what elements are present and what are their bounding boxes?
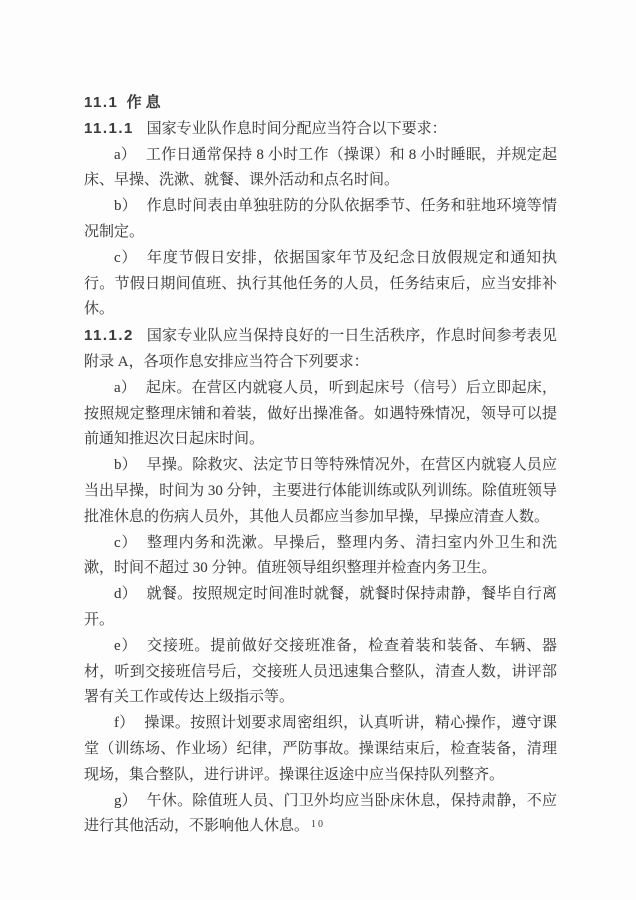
list-item-g: g）午休。除值班人员、门卫外均应当卧床休息，保持肃静，不应进行其他活动，不影响他… [84,789,557,841]
list-item-d: d）就餐。按照规定时间准时就餐，就餐时保持肃静，餐毕自行离开。 [84,582,557,634]
item-label: e） [114,638,137,654]
document-page: 11.1作息 11.1.1国家专业队作息时间分配应当符合以下要求： a）工作日通… [0,0,636,900]
clause-11-1-1: 11.1.1国家专业队作息时间分配应当符合以下要求： [84,116,557,143]
list-item-b2: b）早操。除救灾、法定节日等特殊情况外，在营区内就寝人员应当出早操，时间为 30… [84,453,557,530]
clause-text: 国家专业队作息时间分配应当符合以下要求： [147,121,447,137]
item-text: 交接班。提前做好交接班准备，检查着装和装备、车辆、器材，听到交接班信号后，交接班… [84,638,557,706]
clause-heading-11-1: 11.1作息 [84,90,557,116]
text-block: 11.1作息 11.1.1国家专业队作息时间分配应当符合以下要求： a）工作日通… [84,90,557,840]
item-label: a） [114,380,136,396]
clause-11-1-2: 11.1.2国家专业队应当保持良好的一日生活秩序，作息时间参考表见附录 A，各项… [84,323,557,376]
item-label: b） [114,457,137,473]
list-item-c: c）年度节假日安排，依据国家年节及纪念日放假规定和通知执行。节假日期间值班、执行… [84,246,557,323]
item-label: g） [114,793,137,809]
item-text: 作息时间表由单独驻防的分队依据季节、任务和驻地环境等情况制定。 [84,198,557,240]
item-text: 操课。按照计划要求周密组织，认真听讲，精心操作，遵守课堂（训练场、作业场）纪律，… [84,715,557,783]
item-label: a） [114,147,136,163]
list-item-e: e）交接班。提前做好交接班准备，检查着装和装备、车辆、器材，听到交接班信号后，交… [84,634,557,711]
clause-number: 11.1.1 [84,120,134,137]
list-item-a: a）工作日通常保持 8 小时工作（操课）和 8 小时睡眠，并规定起床、早操、洗漱… [84,143,557,195]
item-text: 整理内务和洗漱。早操后，整理内务、清扫室内外卫生和洗漱，时间不超过 30 分钟。… [84,535,557,577]
item-label: c） [114,535,137,551]
item-text: 就餐。按照规定时间准时就餐，就餐时保持肃静，餐毕自行离开。 [84,586,557,628]
item-label: f） [114,715,135,731]
clause-number: 11.1.2 [84,327,134,344]
clause-text: 国家专业队应当保持良好的一日生活秩序，作息时间参考表见附录 A，各项作息安排应当… [84,328,557,370]
item-text: 早操。除救灾、法定节日等特殊情况外，在营区内就寝人员应当出早操，时间为 30 分… [84,457,557,525]
clause-number: 11.1 [84,94,118,111]
list-item-b: b）作息时间表由单独驻防的分队依据季节、任务和驻地环境等情况制定。 [84,194,557,246]
list-item-f: f）操课。按照计划要求周密组织，认真听讲，精心操作，遵守课堂（训练场、作业场）纪… [84,711,557,788]
item-label: d） [114,586,137,602]
clause-title: 作息 [127,94,165,111]
list-item-a2: a）起床。在营区内就寝人员，听到起床号（信号）后立即起床，按照规定整理床铺和着装… [84,376,557,453]
item-text: 年度节假日安排，依据国家年节及纪念日放假规定和通知执行。节假日期间值班、执行其他… [84,250,557,318]
list-item-c2: c）整理内务和洗漱。早操后，整理内务、清扫室内外卫生和洗漱，时间不超过 30 分… [84,531,557,583]
item-label: c） [114,250,137,266]
item-label: b） [114,198,137,214]
page-number: 10 [0,819,636,830]
item-text: 工作日通常保持 8 小时工作（操课）和 8 小时睡眠，并规定起床、早操、洗漱、就… [84,147,557,189]
item-text: 起床。在营区内就寝人员，听到起床号（信号）后立即起床，按照规定整理床铺和着装，做… [84,380,557,448]
